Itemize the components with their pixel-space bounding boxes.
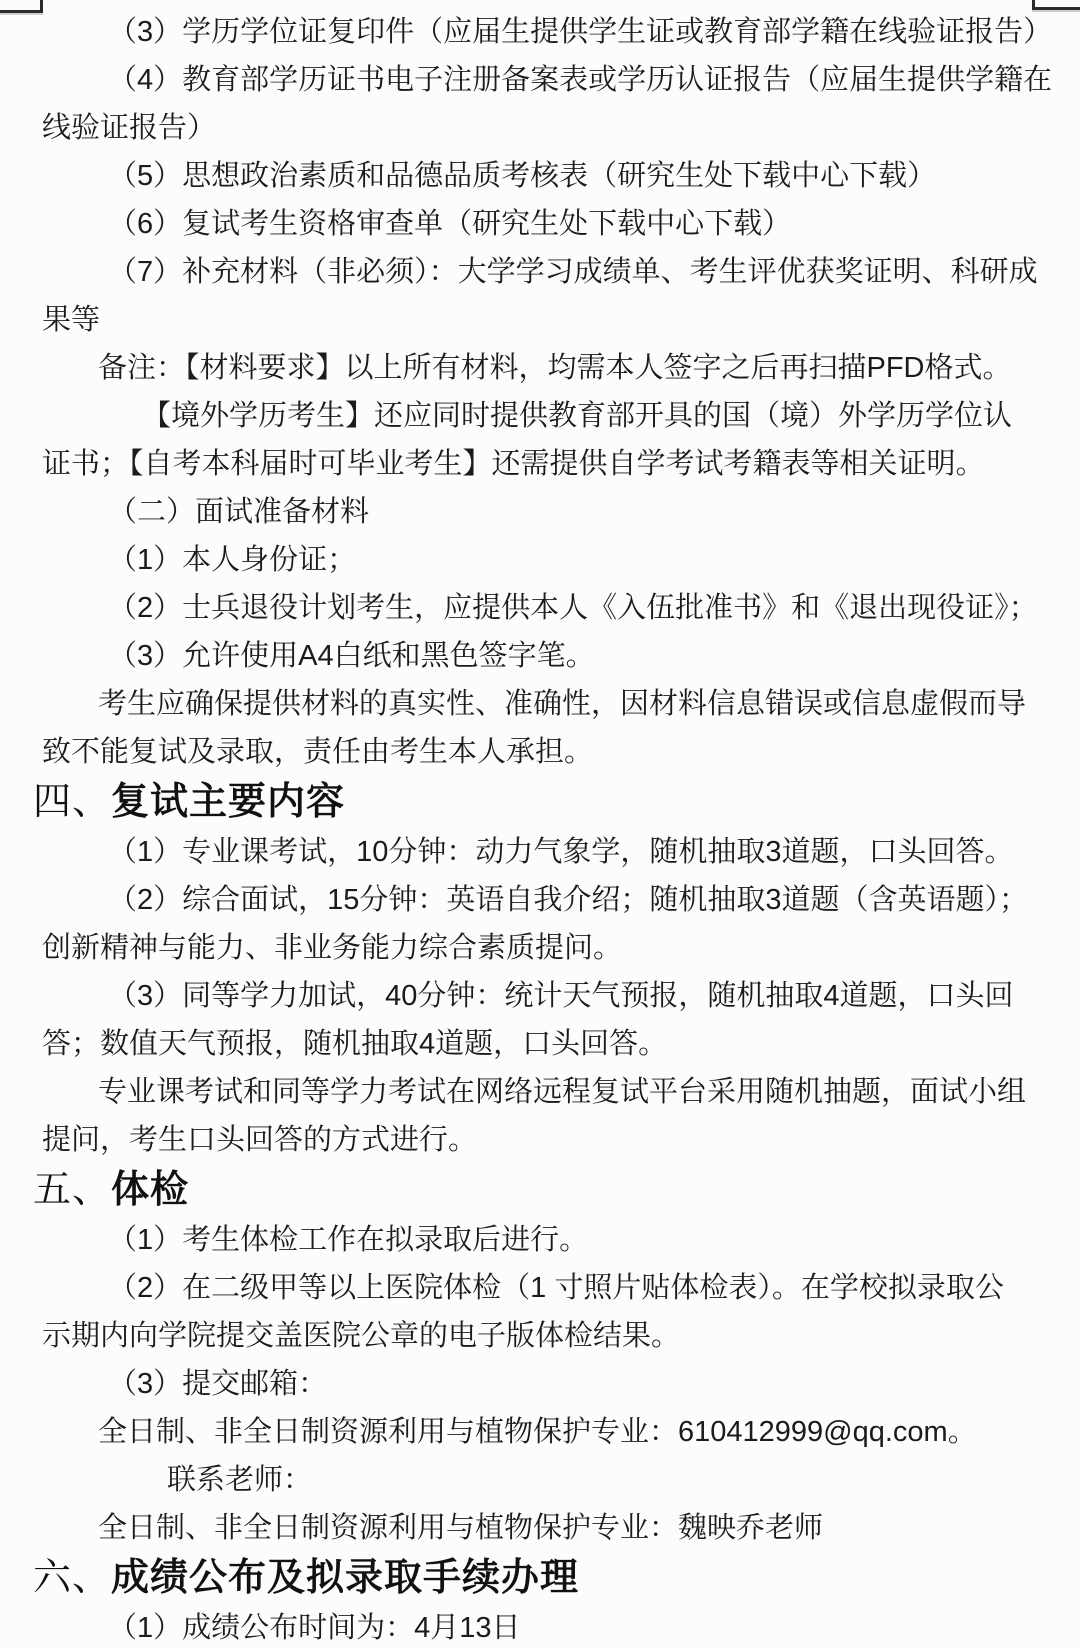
doc-line: （1）成绩公布时间为：4月13日 [42, 1604, 1052, 1649]
doc-line: 考生应确保提供材料的真实性、准确性，因材料信息错误或信息虚假而导 [42, 680, 1052, 728]
doc-line: （3）同等学力加试，40分钟：统计天气预报，随机抽取4道题，口头回 [42, 972, 1052, 1020]
doc-line: （6）复试考生资格审查单（研究生处下载中心下载） [42, 200, 1052, 248]
doc-line: （5）思想政治素质和品德品质考核表（研究生处下载中心下载） [42, 152, 1052, 200]
doc-line: 果等 [42, 296, 1052, 344]
page-break-corner-right [1032, 0, 1080, 10]
doc-line: （2）在二级甲等以上医院体检（1 寸照片贴体检表）。在学校拟录取公 [42, 1264, 1052, 1312]
doc-line: 【境外学历考生】还应同时提供教育部开具的国（境）外学历学位认 [42, 392, 1052, 440]
doc-line: （4）教育部学历证书电子注册备案表或学历认证报告（应届生提供学籍在 [42, 56, 1052, 104]
doc-line: 致不能复试及录取，责任由考生本人承担。 [42, 728, 1052, 776]
doc-line-email: 全日制、非全日制资源利用与植物保护专业：610412999@qq.com。 [42, 1408, 1052, 1456]
doc-line: （1）本人身份证； [42, 536, 1052, 584]
doc-line: 证书；【自考本科届时可毕业考生】还需提供自学考试考籍表等相关证明。 [42, 440, 1052, 488]
doc-line: 示期内向学院提交盖医院公章的电子版体检结果。 [42, 1312, 1052, 1360]
doc-line-contact-teacher: 全日制、非全日制资源利用与植物保护专业：魏映乔老师 [42, 1504, 1052, 1552]
section-title: 体检 [111, 1169, 189, 1211]
section-number: 六、 [33, 1557, 111, 1599]
doc-line: （7）补充材料（非必须）：大学学习成绩单、考生评优获奖证明、科研成 [42, 248, 1052, 296]
doc-line-subsection: （二）面试准备材料 [42, 488, 1052, 536]
doc-line: 专业课考试和同等学力考试在网络远程复试平台采用随机抽题，面试小组 [42, 1068, 1052, 1116]
document-page: （3）学历学位证复印件（应届生提供学生证或教育部学籍在线验证报告） （4）教育部… [0, 0, 1080, 1649]
section-number: 四、 [33, 781, 111, 823]
doc-line: （3）允许使用A4白纸和黑色签字笔。 [42, 632, 1052, 680]
doc-line: 联系老师： [42, 1456, 1052, 1504]
section-heading-physical-exam: 五、体检 [33, 1164, 1052, 1216]
doc-line-remark: 备注：【材料要求】以上所有材料，均需本人签字之后再扫描PFD格式。 [42, 344, 1052, 392]
doc-line: （3）提交邮箱： [42, 1360, 1052, 1408]
page-break-corner-left [0, 0, 43, 13]
document-body: （3）学历学位证复印件（应届生提供学生证或教育部学籍在线验证报告） （4）教育部… [0, 0, 1080, 1649]
section-title: 成绩公布及拟录取手续办理 [111, 1557, 579, 1599]
doc-line: 线验证报告） [42, 104, 1052, 152]
doc-line: （2）士兵退役计划考生，应提供本人《入伍批准书》和《退出现役证》； [42, 584, 1052, 632]
doc-line: 答；数值天气预报，随机抽取4道题，口头回答。 [42, 1020, 1052, 1068]
section-number: 五、 [33, 1169, 111, 1211]
doc-line: （2）综合面试，15分钟：英语自我介绍；随机抽取3道题（含英语题）； [42, 876, 1052, 924]
doc-line: 创新精神与能力、非业务能力综合素质提问。 [42, 924, 1052, 972]
doc-line: （1）专业课考试，10分钟：动力气象学，随机抽取3道题，口头回答。 [42, 828, 1052, 876]
section-heading-results-admission: 六、成绩公布及拟录取手续办理 [33, 1552, 1052, 1604]
doc-line: （1）考生体检工作在拟录取后进行。 [42, 1216, 1052, 1264]
section-title: 复试主要内容 [111, 781, 345, 823]
doc-line: （3）学历学位证复印件（应届生提供学生证或教育部学籍在线验证报告） [42, 8, 1052, 56]
section-heading-review-content: 四、复试主要内容 [33, 776, 1052, 828]
doc-line: 提问，考生口头回答的方式进行。 [42, 1116, 1052, 1164]
